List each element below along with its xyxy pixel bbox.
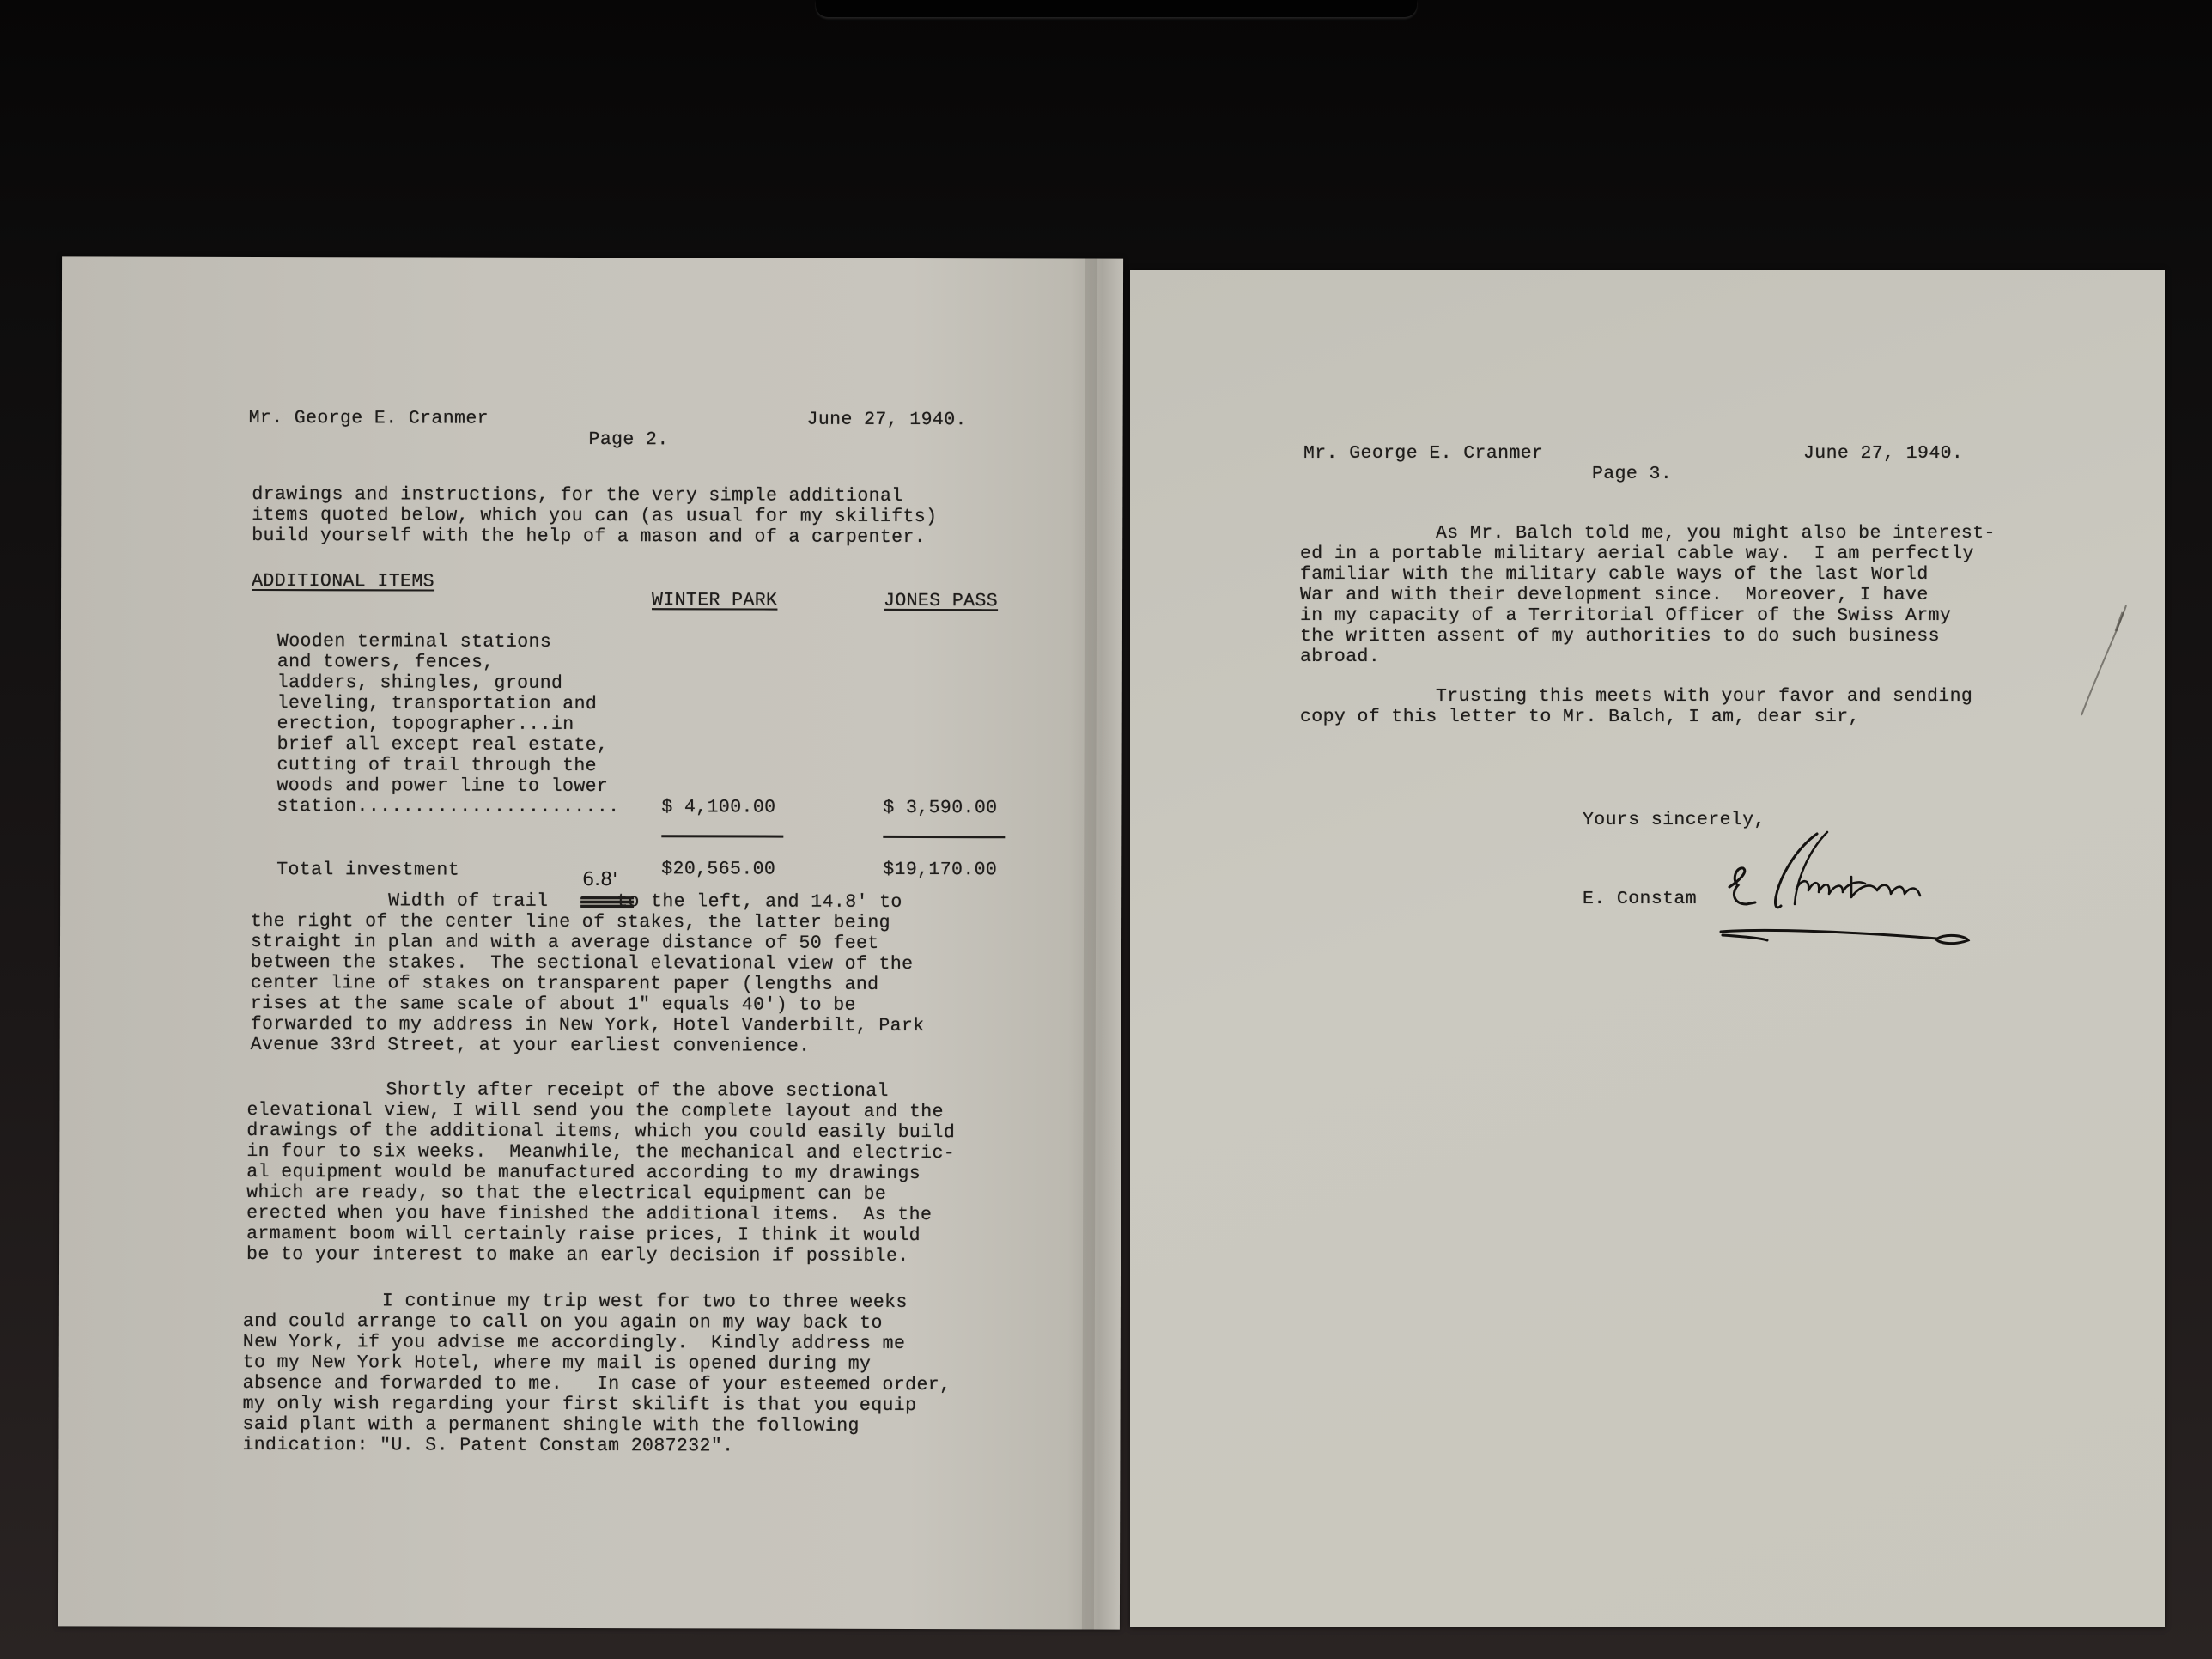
body-line: familiar with the military cable ways of…	[1300, 564, 1929, 585]
body-line: Width of trail to the left, and 14.8' to	[388, 890, 902, 913]
item-description-line: station.......................	[276, 796, 619, 817]
page-edge-shadow	[1082, 259, 1097, 1630]
body-line: abroad.	[1300, 647, 1380, 667]
item-description-line: cutting of trail through the	[277, 755, 598, 776]
item-description-line: leveling, transportation and	[277, 693, 598, 714]
body-line: rises at the same scale of about 1" equa…	[251, 994, 856, 1016]
body-line: straight in plan and with a average dist…	[251, 932, 879, 954]
item-description-line: Wooden terminal stations	[277, 631, 551, 653]
recipient-name: Mr. George E. Cranmer	[1303, 443, 1543, 464]
letter-page-3: Mr. George E. Cranmer June 27, 1940. Pag…	[1130, 270, 2165, 1627]
handwritten-signature	[1714, 829, 1989, 966]
body-line: armament boom will certainly raise price…	[246, 1224, 921, 1246]
body-line: War and with their development since. Mo…	[1300, 585, 1929, 605]
body-line: my only wish regarding your first skilif…	[243, 1394, 917, 1416]
letter-date: June 27, 1940.	[807, 410, 967, 430]
paper-scuff-mark	[2075, 597, 2135, 726]
jones-pass-item-cost: $ 3,590.00	[883, 798, 997, 818]
recipient-name: Mr. George E. Cranmer	[249, 408, 489, 429]
body-line: Shortly after receipt of the above secti…	[386, 1079, 889, 1102]
body-line: said plant with a permanent shingle with…	[242, 1414, 859, 1437]
body-line: I continue my trip west for two to three…	[382, 1291, 908, 1313]
page-number: Page 2.	[589, 429, 669, 450]
signatory-name: E. Constam	[1583, 889, 1697, 909]
item-description-line: and towers, fences,	[277, 652, 495, 673]
item-description-line: brief all except real estate,	[277, 734, 609, 756]
body-line: and could arrange to call on you again o…	[243, 1311, 883, 1334]
sum-rule	[661, 835, 783, 837]
body-line: indication: "U. S. Patent Constam 208723…	[242, 1435, 733, 1456]
handwritten-correction: 6.8'	[582, 869, 617, 890]
body-line: to my New York Hotel, where my mail is o…	[243, 1352, 872, 1375]
letter-page-2: Mr. George E. Cranmer June 27, 1940. Pag…	[58, 256, 1123, 1629]
body-line: which are ready, so that the electrical …	[246, 1182, 886, 1205]
item-description-line: woods and power line to lower	[276, 775, 608, 797]
intro-line: items quoted below, which you can (as us…	[252, 505, 937, 527]
item-description-line: erection, topographer...in	[277, 714, 574, 735]
body-line: ed in a portable military aerial cable w…	[1300, 544, 1974, 564]
sum-rule	[883, 836, 1005, 838]
total-label: Total investment	[276, 860, 459, 881]
intro-line: drawings and instructions, for the very …	[252, 484, 902, 507]
column-header-jones-pass: JONES PASS	[884, 591, 998, 611]
letter-date: June 27, 1940.	[1803, 443, 1963, 464]
body-line: Avenue 33rd Street, at your earliest con…	[251, 1035, 811, 1057]
winter-park-total: $20,565.00	[661, 859, 775, 879]
body-line: Trusting this meets with your favor and …	[1436, 686, 1972, 707]
body-line: elevational view, I will send you the co…	[246, 1100, 943, 1122]
body-line: center line of stakes on transparent pap…	[251, 973, 879, 995]
column-header-winter-park: WINTER PARK	[652, 590, 777, 611]
body-line: erected when you have finished the addit…	[246, 1203, 932, 1225]
item-description-line: ladders, shingles, ground	[277, 672, 563, 694]
top-edge-object	[816, 0, 1417, 17]
body-line: As Mr. Balch told me, you might also be …	[1436, 523, 1996, 544]
body-line: between the stakes. The sectional elevat…	[251, 952, 914, 975]
body-line: New York, if you advise me accordingly. …	[243, 1332, 906, 1354]
jones-pass-total: $19,170.00	[883, 860, 997, 880]
closing: Yours sincerely,	[1583, 810, 1765, 830]
body-line: the written assent of my authorities to …	[1300, 626, 1940, 647]
body-line: the right of the center line of stakes, …	[251, 911, 890, 933]
winter-park-item-cost: $ 4,100.00	[661, 797, 775, 817]
body-line: forwarded to my address in New York, Hot…	[251, 1014, 925, 1036]
body-line: in my capacity of a Territorial Officer …	[1300, 605, 1951, 626]
intro-line: build yourself with the help of a mason …	[252, 526, 926, 548]
body-line: al equipment would be manufactured accor…	[246, 1162, 921, 1184]
body-line: copy of this letter to Mr. Balch, I am, …	[1300, 707, 1860, 727]
body-line: absence and forwarded to me. In case of …	[243, 1373, 951, 1395]
additional-items-heading: ADDITIONAL ITEMS	[252, 571, 434, 592]
body-line: drawings of the additional items, which …	[246, 1121, 955, 1143]
body-line: be to your interest to make an early dec…	[246, 1244, 909, 1267]
page-number: Page 3.	[1592, 464, 1672, 484]
body-line: in four to six weeks. Meanwhile, the mec…	[246, 1141, 955, 1164]
